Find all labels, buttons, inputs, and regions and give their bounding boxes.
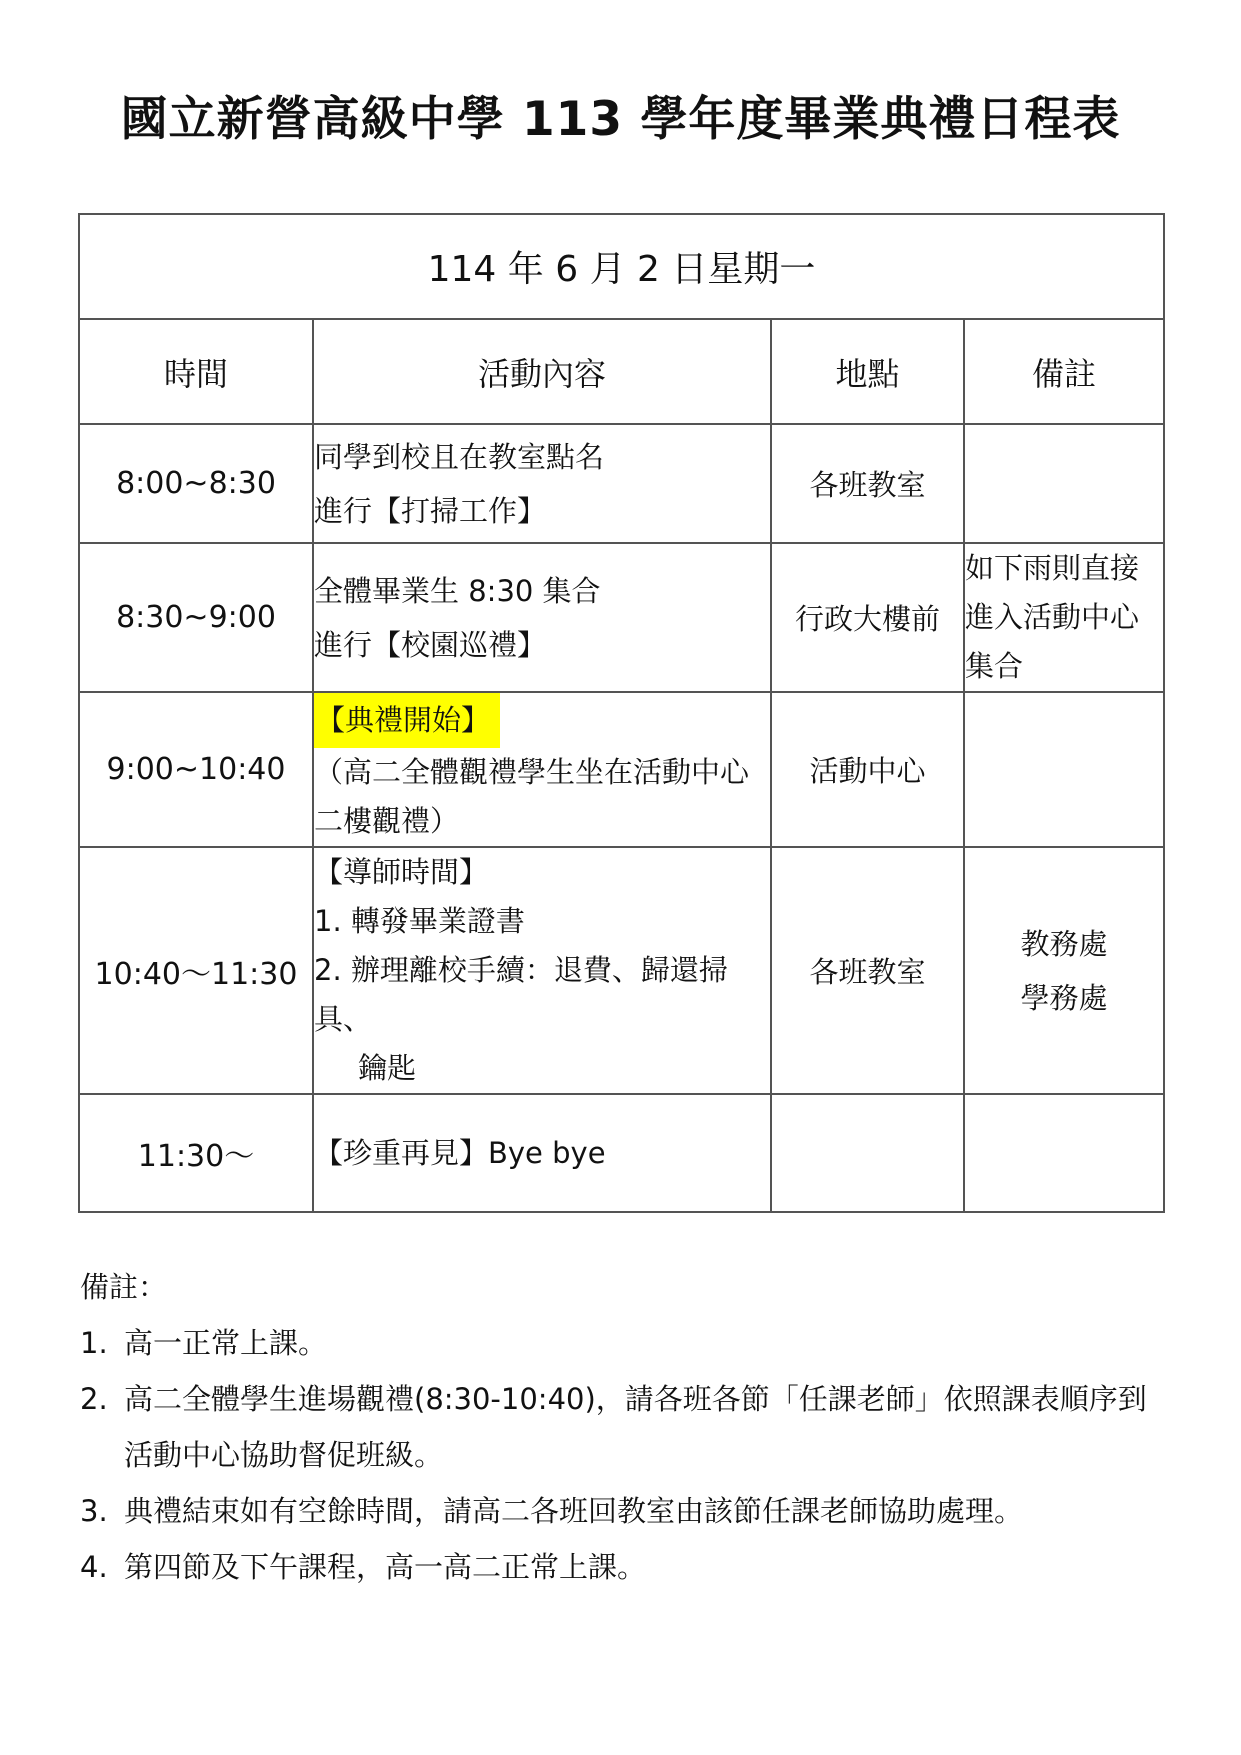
note-cell	[964, 424, 1164, 543]
time-cell: 8:30~9:00	[79, 543, 313, 692]
column-header-location: 地點	[771, 319, 964, 424]
time-cell: 9:00~10:40	[79, 692, 313, 847]
location-cell: 各班教室	[771, 424, 964, 543]
schedule-table: 114 年 6 月 2 日星期一 時間 活動內容 地點 備註 8:00~8:30…	[78, 213, 1165, 1213]
ceremony-start-highlight: 【典禮開始】	[314, 693, 500, 748]
time-cell: 11:30～	[79, 1094, 313, 1212]
note-number: 4.	[80, 1539, 124, 1595]
note-item: 1. 高一正常上課。	[80, 1315, 1163, 1371]
schedule-row: 8:30~9:00 全體畢業生 8:30 集合 進行【校園巡禮】 行政大樓前 如…	[79, 543, 1164, 692]
activity-line: 【珍重再見】Bye bye	[314, 1126, 770, 1180]
schedule-row: 9:00~10:40 【典禮開始】 （高二全體觀禮學生坐在活動中心二樓觀禮） 活…	[79, 692, 1164, 847]
schedule-row: 8:00~8:30 同學到校且在教室點名 進行【打掃工作】 各班教室	[79, 424, 1164, 543]
note-item: 4. 第四節及下午課程，高一高二正常上課。	[80, 1539, 1163, 1595]
activity-line: 2. 辦理離校手續：退費、歸還掃具、	[314, 946, 770, 1044]
activity-cell: 【典禮開始】 （高二全體觀禮學生坐在活動中心二樓觀禮）	[313, 692, 771, 847]
note-text: 典禮結束如有空餘時間，請高二各班回教室由該節任課老師協助處理。	[124, 1483, 1163, 1539]
activity-line: 【導師時間】	[314, 848, 770, 897]
note-text: 第四節及下午課程，高一高二正常上課。	[124, 1539, 1163, 1595]
activity-line: 1. 轉發畢業證書	[314, 897, 770, 946]
time-cell: 8:00~8:30	[79, 424, 313, 543]
activity-line: 進行【校園巡禮】	[314, 618, 770, 672]
note-text: 高一正常上課。	[124, 1315, 1163, 1371]
activity-line: 全體畢業生 8:30 集合	[314, 564, 770, 618]
page: 國立新營高級中學 113 學年度畢業典禮日程表 114 年 6 月 2 日星期一…	[0, 0, 1241, 1755]
activity-line: （高二全體觀禮學生坐在活動中心二樓觀禮）	[314, 748, 770, 846]
location-cell	[771, 1094, 964, 1212]
note-number: 3.	[80, 1483, 124, 1539]
column-header-row: 時間 活動內容 地點 備註	[79, 319, 1164, 424]
column-header-time: 時間	[79, 319, 313, 424]
note-cell: 如下雨則直接進入活動中心集合	[964, 543, 1164, 692]
note-item: 3. 典禮結束如有空餘時間，請高二各班回教室由該節任課老師協助處理。	[80, 1483, 1163, 1539]
note-number: 2.	[80, 1371, 124, 1427]
column-header-activity: 活動內容	[313, 319, 771, 424]
activity-line: 進行【打掃工作】	[314, 484, 770, 538]
activity-line: 鑰匙	[314, 1044, 770, 1093]
activity-cell: 全體畢業生 8:30 集合 進行【校園巡禮】	[313, 543, 771, 692]
note-cell: 教務處 學務處	[964, 847, 1164, 1094]
activity-cell: 同學到校且在教室點名 進行【打掃工作】	[313, 424, 771, 543]
notes-heading: 備註：	[80, 1259, 1163, 1315]
page-title: 國立新營高級中學 113 學年度畢業典禮日程表	[0, 0, 1241, 147]
activity-cell: 【導師時間】 1. 轉發畢業證書 2. 辦理離校手續：退費、歸還掃具、 鑰匙	[313, 847, 771, 1094]
activity-cell: 【珍重再見】Bye bye	[313, 1094, 771, 1212]
notes-section: 備註： 1. 高一正常上課。 2. 高二全體學生進場觀禮(8:30-10:40)…	[80, 1259, 1163, 1595]
note-line: 學務處	[965, 971, 1163, 1025]
note-line: 教務處	[965, 917, 1163, 971]
column-header-note: 備註	[964, 319, 1164, 424]
activity-line: 【典禮開始】	[314, 693, 770, 748]
location-cell: 行政大樓前	[771, 543, 964, 692]
schedule-row: 11:30～ 【珍重再見】Bye bye	[79, 1094, 1164, 1212]
location-cell: 活動中心	[771, 692, 964, 847]
date-header-cell: 114 年 6 月 2 日星期一	[79, 214, 1164, 319]
location-cell: 各班教室	[771, 847, 964, 1094]
note-item: 2. 高二全體學生進場觀禮(8:30-10:40)，請各班各節「任課老師」依照課…	[80, 1371, 1163, 1483]
time-cell: 10:40～11:30	[79, 847, 313, 1094]
note-cell	[964, 1094, 1164, 1212]
schedule-row: 10:40～11:30 【導師時間】 1. 轉發畢業證書 2. 辦理離校手續：退…	[79, 847, 1164, 1094]
note-cell	[964, 692, 1164, 847]
note-text: 高二全體學生進場觀禮(8:30-10:40)，請各班各節「任課老師」依照課表順序…	[124, 1371, 1163, 1483]
note-number: 1.	[80, 1315, 124, 1371]
date-header-row: 114 年 6 月 2 日星期一	[79, 214, 1164, 319]
activity-line: 同學到校且在教室點名	[314, 430, 770, 484]
